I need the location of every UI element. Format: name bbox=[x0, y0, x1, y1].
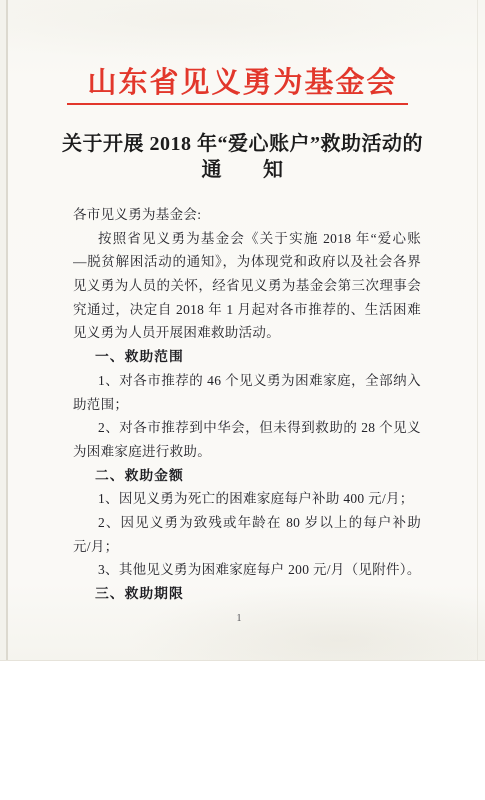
body-line: 为困难家庭进行救助。 bbox=[73, 440, 421, 464]
body-line: 究通过，决定自 2018 年 1 月起对各市推荐的、生活困难的 bbox=[73, 298, 421, 322]
salutation-line: 各市见义勇为基金会: bbox=[73, 203, 421, 227]
letterhead-org-name: 山东省见义勇为基金会 bbox=[0, 60, 485, 101]
body-line: 按照省见义勇为基金会《关于实施 2018 年“爱心账户” bbox=[73, 227, 421, 251]
body-line: 助范围； bbox=[73, 393, 421, 417]
body-line: 1、因见义勇为死亡的困难家庭每户补助 400 元/月； bbox=[73, 487, 421, 511]
body-line: 见义勇为人员开展困难救助活动。 bbox=[73, 321, 421, 345]
section-heading: 二、救助金额 bbox=[73, 464, 421, 488]
body-line: 元/月； bbox=[73, 535, 421, 559]
letterhead-red-divider bbox=[67, 103, 408, 105]
document-viewer: 山东省见义勇为基金会 关于开展 2018 年“爱心账户”救助活动的 通 知 各市… bbox=[0, 0, 485, 800]
document-body: 各市见义勇为基金会: 按照省见义勇为基金会《关于实施 2018 年“爱心账户” … bbox=[73, 203, 421, 606]
page-number: 1 bbox=[0, 613, 478, 624]
body-line: 3、其他见义勇为困难家庭每户 200 元/月（见附件）。 bbox=[73, 558, 421, 582]
body-line: 1、对各市推荐的 46 个见义勇为困难家庭，全部纳入救 bbox=[73, 369, 421, 393]
scanned-page: 山东省见义勇为基金会 关于开展 2018 年“爱心账户”救助活动的 通 知 各市… bbox=[0, 0, 485, 661]
body-line: 2、因见义勇为致残或年龄在 80 岁以上的每户补助 300 bbox=[73, 511, 421, 535]
body-line: —脱贫解困活动的通知》，为体现党和政府以及社会各界对 bbox=[73, 250, 421, 274]
document-title: 关于开展 2018 年“爱心账户”救助活动的 通 知 bbox=[0, 131, 485, 183]
body-line: 2、对各市推荐到中华会，但未得到救助的 28 个见义勇 bbox=[73, 416, 421, 440]
scan-bottom-edge bbox=[0, 660, 485, 661]
document-title-line2: 通 知 bbox=[0, 157, 485, 183]
section-heading: 三、救助期限 bbox=[73, 582, 421, 606]
body-line: 见义勇为人员的关怀，经省见义勇为基金会第三次理事会研 bbox=[73, 274, 421, 298]
section-heading: 一、救助范围 bbox=[73, 345, 421, 369]
document-title-line1: 关于开展 2018 年“爱心账户”救助活动的 bbox=[0, 131, 485, 157]
